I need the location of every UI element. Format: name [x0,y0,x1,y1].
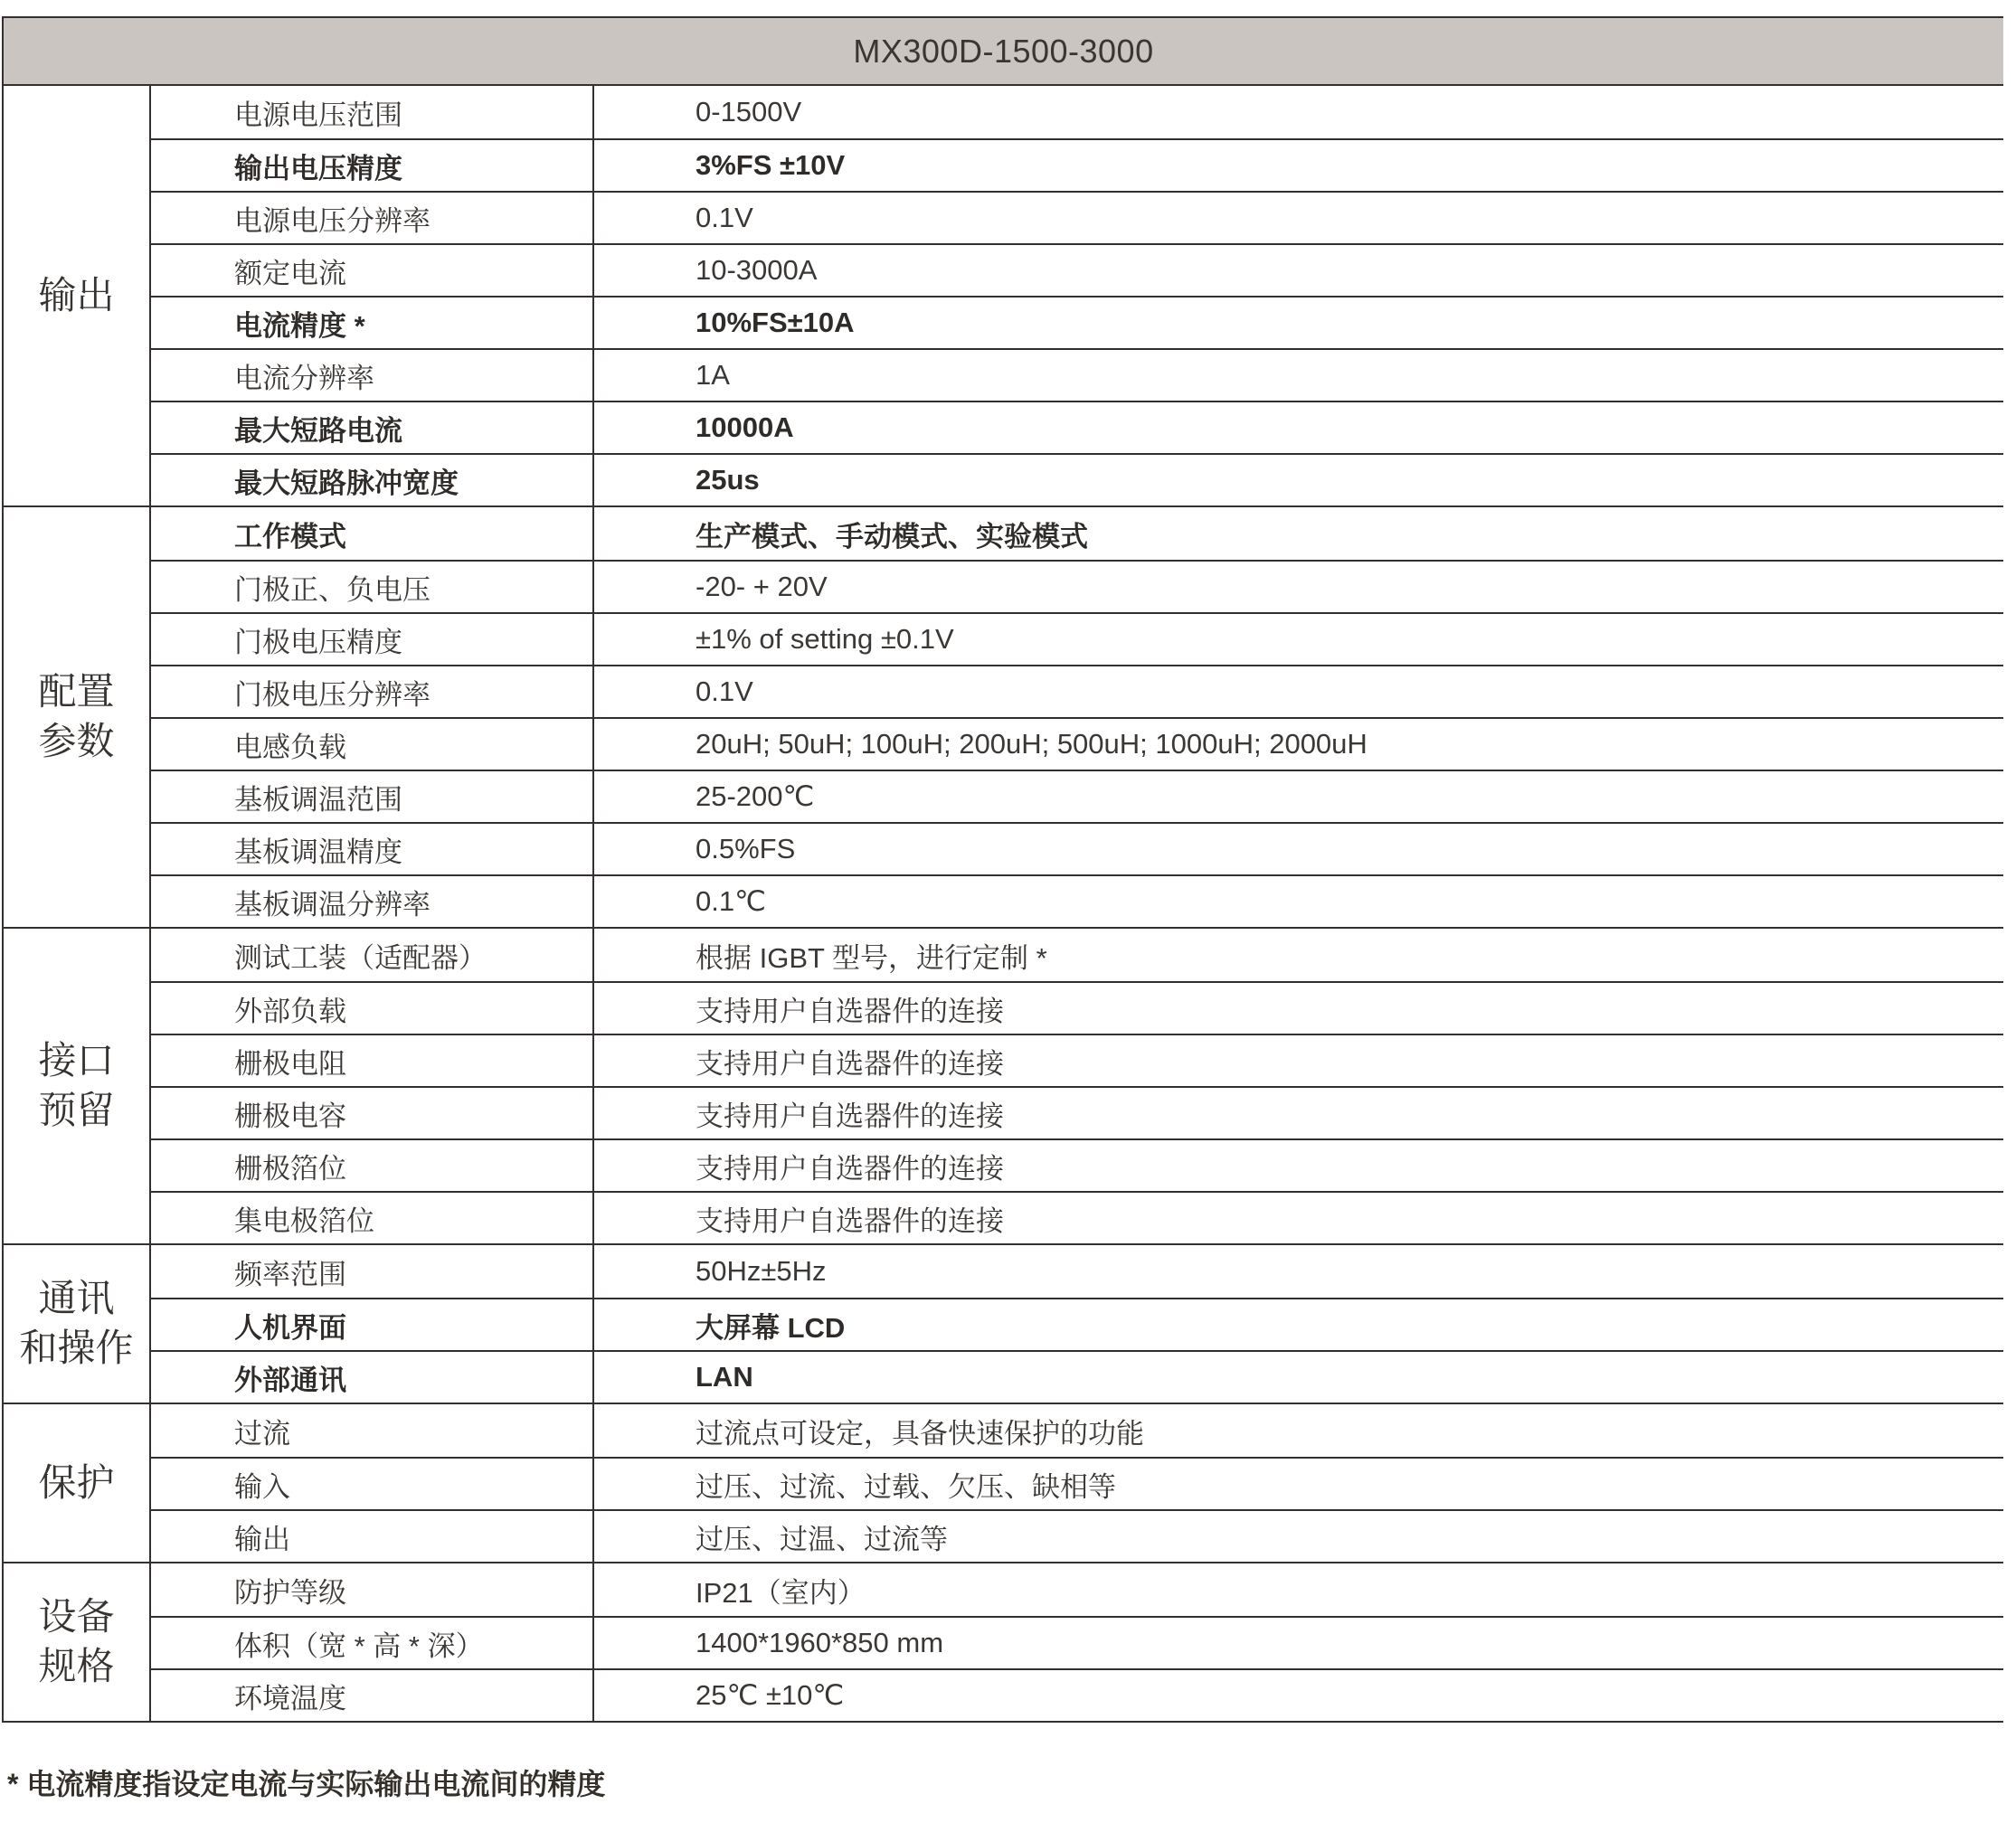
param-name-cell: 最大短路电流 [151,402,594,453]
param-name-cell: 基板调温分辨率 [151,876,594,927]
spec-row: 环境温度25℃ ±10℃ [151,1668,2003,1721]
model-header: MX300D-1500-3000 [4,18,2003,86]
spec-row: 最大短路电流10000A [151,401,2003,453]
spec-row: 防护等级IP21（室内） [151,1563,2003,1616]
param-value-cell: 50Hz±5Hz [594,1245,2003,1298]
spec-row: 额定电流10-3000A [151,243,2003,296]
group-label-line: 输出 [38,271,114,321]
spec-row: 栅极电阻支持用户自选器件的连接 [151,1034,2003,1086]
param-name-cell: 人机界面 [151,1299,594,1350]
group-label: 配置参数 [4,507,151,927]
param-value-cell: 0.1℃ [594,876,2003,927]
spec-section-0: 输出电源电压范围0-1500V输出电压精度3%FS ±10V电源电压分辨率0.1… [4,86,2003,505]
spec-row: 频率范围50Hz±5Hz [151,1245,2003,1298]
param-name-cell: 体积（宽 * 高 * 深） [151,1618,594,1668]
spec-row: 门极电压精度±1% of setting ±0.1V [151,612,2003,665]
spec-row: 电流分辨率1A [151,348,2003,401]
spec-row: 人机界面大屏幕 LCD [151,1298,2003,1350]
param-value-cell: 3%FS ±10V [594,140,2003,191]
spec-row: 门极电压分辨率0.1V [151,665,2003,717]
section-rows: 测试工装（适配器）根据 IGBT 型号，进行定制 *外部负载支持用户自选器件的连… [151,929,2003,1243]
spec-section-3: 通讯和操作频率范围50Hz±5Hz人机界面大屏幕 LCD外部通讯LAN [4,1243,2003,1403]
spec-row: 外部通讯LAN [151,1350,2003,1403]
param-value-cell: LAN [594,1352,2003,1403]
param-value-cell: 0.5%FS [594,824,2003,874]
spec-sheet-page: MX300D-1500-3000 输出电源电压范围0-1500V输出电压精度3%… [0,0,2016,1823]
section-rows: 防护等级IP21（室内）体积（宽 * 高 * 深）1400*1960*850 m… [151,1563,2003,1721]
param-value-cell: 支持用户自选器件的连接 [594,1193,2003,1243]
spec-section-1: 配置参数工作模式生产模式、手动模式、实验模式门极正、负电压-20- + 20V门… [4,505,2003,927]
group-label: 设备规格 [4,1563,151,1721]
param-name-cell: 输出电压精度 [151,140,594,191]
param-name-cell: 额定电流 [151,245,594,296]
param-name-cell: 栅极电阻 [151,1035,594,1086]
param-name-cell: 工作模式 [151,507,594,560]
group-label-line: 参数 [38,717,114,767]
param-value-cell: 根据 IGBT 型号，进行定制 * [594,929,2003,981]
param-value-cell: 10000A [594,402,2003,453]
spec-section-4: 保护过流过流点可设定，具备快速保护的功能输入过压、过流、过载、欠压、缺相等输出过… [4,1403,2003,1562]
param-value-cell: 过压、过温、过流等 [594,1511,2003,1562]
spec-section-5: 设备规格防护等级IP21（室内）体积（宽 * 高 * 深）1400*1960*8… [4,1562,2003,1721]
param-name-cell: 栅极箔位 [151,1140,594,1191]
group-label: 接口预留 [4,929,151,1243]
spec-row: 工作模式生产模式、手动模式、实验模式 [151,507,2003,560]
param-name-cell: 电流精度 * [151,298,594,348]
param-name-cell: 基板调温范围 [151,771,594,822]
spec-row: 电源电压范围0-1500V [151,86,2003,138]
param-value-cell: 支持用户自选器件的连接 [594,1088,2003,1138]
param-name-cell: 电流分辨率 [151,350,594,401]
spec-row: 电感负载20uH; 50uH; 100uH; 200uH; 500uH; 100… [151,717,2003,770]
group-label: 通讯和操作 [4,1245,151,1403]
param-name-cell: 栅极电容 [151,1088,594,1138]
group-label-line: 通讯 [38,1274,114,1324]
param-name-cell: 过流 [151,1404,594,1457]
param-value-cell: 支持用户自选器件的连接 [594,1035,2003,1086]
param-value-cell: 0.1V [594,193,2003,243]
spec-row: 电源电压分辨率0.1V [151,191,2003,243]
param-name-cell: 门极电压精度 [151,614,594,665]
group-label-line: 配置 [38,667,114,717]
group-label-line: 预留 [38,1086,114,1136]
param-name-cell: 频率范围 [151,1245,594,1298]
spec-row: 过流过流点可设定，具备快速保护的功能 [151,1404,2003,1457]
section-rows: 频率范围50Hz±5Hz人机界面大屏幕 LCD外部通讯LAN [151,1245,2003,1403]
param-name-cell: 电源电压范围 [151,86,594,138]
param-value-cell: 1A [594,350,2003,401]
spec-row: 栅极箔位支持用户自选器件的连接 [151,1138,2003,1191]
group-label-line: 和操作 [19,1324,133,1374]
group-label-line: 保护 [38,1459,114,1508]
param-name-cell: 电感负载 [151,719,594,770]
group-label: 保护 [4,1404,151,1562]
section-rows: 过流过流点可设定，具备快速保护的功能输入过压、过流、过载、欠压、缺相等输出过压、… [151,1404,2003,1562]
spec-row: 测试工装（适配器）根据 IGBT 型号，进行定制 * [151,929,2003,981]
spec-row: 外部负载支持用户自选器件的连接 [151,981,2003,1034]
param-name-cell: 外部负载 [151,983,594,1034]
group-label-line: 规格 [38,1642,114,1692]
param-name-cell: 集电极箔位 [151,1193,594,1243]
spec-row: 门极正、负电压-20- + 20V [151,560,2003,612]
section-rows: 工作模式生产模式、手动模式、实验模式门极正、负电压-20- + 20V门极电压精… [151,507,2003,927]
param-name-cell: 输出 [151,1511,594,1562]
param-name-cell: 电源电压分辨率 [151,193,594,243]
spec-row: 基板调温范围25-200℃ [151,770,2003,822]
spec-row: 体积（宽 * 高 * 深）1400*1960*850 mm [151,1616,2003,1668]
param-name-cell: 外部通讯 [151,1352,594,1403]
param-value-cell: ±1% of setting ±0.1V [594,614,2003,665]
section-rows: 电源电压范围0-1500V输出电压精度3%FS ±10V电源电压分辨率0.1V额… [151,86,2003,505]
model-name: MX300D-1500-3000 [853,33,1153,71]
group-label: 输出 [4,86,151,505]
param-name-cell: 门极正、负电压 [151,562,594,612]
param-name-cell: 环境温度 [151,1670,594,1721]
param-value-cell: IP21（室内） [594,1563,2003,1616]
param-name-cell: 输入 [151,1459,594,1509]
spec-table: MX300D-1500-3000 输出电源电压范围0-1500V输出电压精度3%… [2,16,2003,1723]
group-label-line: 设备 [38,1592,114,1642]
param-value-cell: 25-200℃ [594,771,2003,822]
param-value-cell: 支持用户自选器件的连接 [594,1140,2003,1191]
spec-row: 输出电压精度3%FS ±10V [151,138,2003,191]
group-label-line: 接口 [38,1036,114,1086]
spec-row: 基板调温精度0.5%FS [151,822,2003,874]
spec-row: 栅极电容支持用户自选器件的连接 [151,1086,2003,1138]
spec-row: 电流精度 *10%FS±10A [151,296,2003,348]
spec-row: 最大短路脉冲宽度25us [151,453,2003,505]
param-value-cell: 0.1V [594,666,2003,717]
param-value-cell: -20- + 20V [594,562,2003,612]
spec-table-body: 输出电源电压范围0-1500V输出电压精度3%FS ±10V电源电压分辨率0.1… [4,86,2003,1721]
param-name-cell: 基板调温精度 [151,824,594,874]
param-value-cell: 过压、过流、过载、欠压、缺相等 [594,1459,2003,1509]
param-name-cell: 最大短路脉冲宽度 [151,455,594,505]
param-value-cell: 10%FS±10A [594,298,2003,348]
param-name-cell: 测试工装（适配器） [151,929,594,981]
spec-row: 输出过压、过温、过流等 [151,1509,2003,1562]
param-value-cell: 大屏幕 LCD [594,1299,2003,1350]
param-value-cell: 1400*1960*850 mm [594,1618,2003,1668]
param-name-cell: 防护等级 [151,1563,594,1616]
footnote: * 电流精度指设定电流与实际输出电流间的精度 [7,1762,605,1803]
param-value-cell: 10-3000A [594,245,2003,296]
param-value-cell: 20uH; 50uH; 100uH; 200uH; 500uH; 1000uH;… [594,719,2003,770]
spec-section-2: 接口预留测试工装（适配器）根据 IGBT 型号，进行定制 *外部负载支持用户自选… [4,927,2003,1243]
param-value-cell: 支持用户自选器件的连接 [594,983,2003,1034]
param-value-cell: 过流点可设定，具备快速保护的功能 [594,1404,2003,1457]
spec-row: 集电极箔位支持用户自选器件的连接 [151,1191,2003,1243]
param-value-cell: 0-1500V [594,86,2003,138]
param-value-cell: 生产模式、手动模式、实验模式 [594,507,2003,560]
param-value-cell: 25us [594,455,2003,505]
spec-row: 输入过压、过流、过载、欠压、缺相等 [151,1457,2003,1509]
param-name-cell: 门极电压分辨率 [151,666,594,717]
spec-row: 基板调温分辨率0.1℃ [151,874,2003,927]
param-value-cell: 25℃ ±10℃ [594,1670,2003,1721]
